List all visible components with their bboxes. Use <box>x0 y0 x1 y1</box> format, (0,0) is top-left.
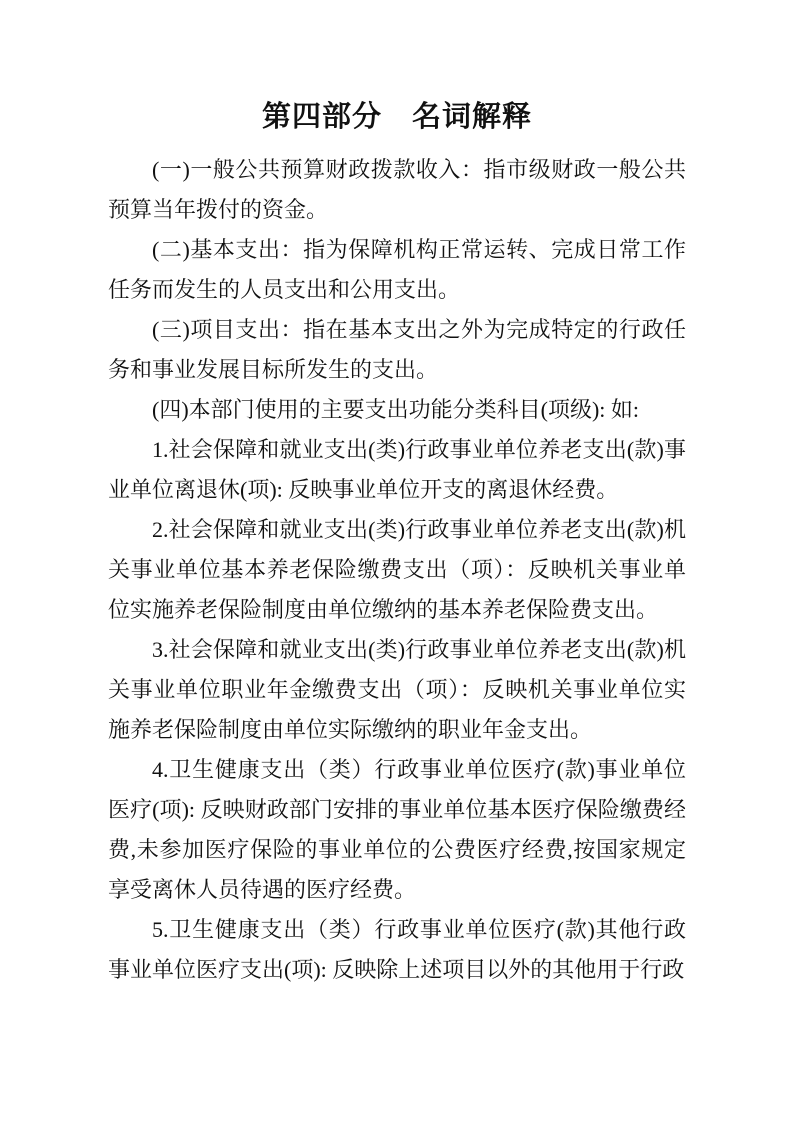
paragraph-definition-2: (二)基本支出：指为保障机构正常运转、完成日常工作任务而发生的人员支出和公用支出… <box>108 230 686 310</box>
paragraph-definition-4: (四)本部门使用的主要支出功能分类科目(项级): 如: <box>108 390 686 430</box>
document-title: 第四部分 名词解释 <box>0 97 794 137</box>
paragraph-item-4: 4.卫生健康支出（类）行政事业单位医疗(款)事业单位医疗(项): 反映财政部门安… <box>108 750 686 910</box>
document-page: 第四部分 名词解释 (一)一般公共预算财政拨款收入：指市级财政一般公共预算当年拨… <box>0 0 794 1123</box>
paragraph-item-1: 1.社会保障和就业支出(类)行政事业单位养老支出(款)事业单位离退休(项): 反… <box>108 430 686 510</box>
paragraph-item-5: 5.卫生健康支出（类）行政事业单位医疗(款)其他行政事业单位医疗支出(项): 反… <box>108 910 686 990</box>
paragraph-definition-1: (一)一般公共预算财政拨款收入：指市级财政一般公共预算当年拨付的资金。 <box>108 150 686 230</box>
paragraph-definition-3: (三)项目支出：指在基本支出之外为完成特定的行政任务和事业发展目标所发生的支出。 <box>108 310 686 390</box>
document-body: (一)一般公共预算财政拨款收入：指市级财政一般公共预算当年拨付的资金。 (二)基… <box>108 150 686 990</box>
paragraph-item-2: 2.社会保障和就业支出(类)行政事业单位养老支出(款)机关事业单位基本养老保险缴… <box>108 510 686 630</box>
paragraph-item-3: 3.社会保障和就业支出(类)行政事业单位养老支出(款)机关事业单位职业年金缴费支… <box>108 630 686 750</box>
